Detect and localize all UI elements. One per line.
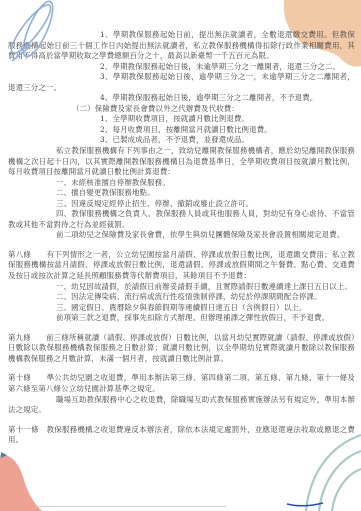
paragraph-article-8: 第八條 有下列情形之一者，公立幼兒園按當月請假、停課或放假日數比例，退還繳交費用… — [8, 250, 355, 282]
paragraph-fee-item-3: 3、已製成成品者，不予退費，並發還成品。 — [8, 135, 355, 146]
paragraph-article-9: 第九條 前三條所稱就讀（請假、停課或放假）日數比例，以當月幼兒實際就讀（請假、停… — [8, 333, 355, 365]
paragraph-article-10-workplace: 職場互助教保服務中心之收退費，除職場互助式教保服務實施辦法另有規定外，準用本辦法… — [8, 395, 355, 416]
paragraph-refund-rule-1: 1、學期教保服務起始日前，提出無法就讀者，全數退還繳交費用。但教保服務機構起始日… — [8, 30, 355, 62]
paragraph-refund-rule-4: 4、學期教保服務起始日後，逾學期三分之二離開者，不予退費。 — [8, 93, 355, 104]
page-edge-line — [36, 506, 226, 507]
pink-blob-decoration — [0, 451, 46, 511]
paragraph-refund-rule-2: 2、學期教保服務起始日後，未逾學期三分之一離開者，退還三分之二。 — [8, 62, 355, 73]
paragraph-article-8-item-2: 二、因法定傳染病、流行病或流行性疫情強制停課，幼兒於停課期間配合停課。 — [8, 292, 355, 303]
paragraph-refund-rule-3: 3、學期教保服務起始日後，逾學期三分之一，未逾學期三分之二離開者，退還三分之一。 — [8, 72, 355, 93]
paragraph-private-institution: 私立教保服務機構有下列事由之一，致幼兒離開教保服務機構者，應於幼兒離開教保服務機… — [8, 146, 355, 178]
paragraph-fee-item-1: 1、全學期收費項目，按就讀月數比例退費。 — [8, 114, 355, 125]
paragraph-cause-2: 二、擅自變更教保服務地點。 — [8, 188, 355, 199]
paragraph-cause-4: 四、教保服務機構之負責人、教保服務人員或其他服務人員，對幼兒有身心虐待、不當管教… — [8, 209, 355, 230]
paragraph-fee-item-2: 2、每月收費項目，按離開當月就讀日數比例退費。 — [8, 125, 355, 136]
paragraph-cause-3: 三、因違反規定經停止招生、停辦、撤銷或廢止設立許可。 — [8, 199, 355, 210]
paragraph-fee-category-2: （二）保險費及家長會費以外之代辦費及代收費： — [8, 104, 355, 115]
paragraph-article-11: 第十一條 教保服務機構之收退費違反本辦法者，除依本法規定處罰外，並應退還違法收取… — [8, 425, 355, 446]
paragraph-article-8-proviso: 前項第三款之退費，採事先扣除方式辦理。但辦理補課之彈性放假日，不予退費。 — [8, 313, 355, 324]
paragraph-cause-1: 一、未經核准擅自停辦教保服務。 — [8, 178, 355, 189]
document-page: 1、學期教保服務起始日前，提出無法就讀者，全數退還繳交費用。但教保服務機構起始日… — [8, 30, 355, 446]
blue-underline-stroke — [285, 500, 325, 509]
paragraph-article-8-item-3: 三、國定假日、農曆除夕與春節假期等連續假日達五日（含例假日）以上。 — [8, 303, 355, 314]
paragraph-insurance-note: 前二項幼兒之保險費及家長會費，依學生與幼兒團體保險及家長會設置相關規定退費。 — [8, 230, 355, 241]
blue-arrow-marker-icon — [1, 452, 7, 458]
paragraph-article-10: 第十條 準公共幼兒園之收退費，準用本辦法第三條、第四條第二項、第五條、第九條、第… — [8, 373, 355, 394]
paragraph-article-8-item-1: 一、幼兒因故請假，於請假日前辦妥請假手續，且實際請假日數連續達上課日五日以上。 — [8, 282, 355, 293]
